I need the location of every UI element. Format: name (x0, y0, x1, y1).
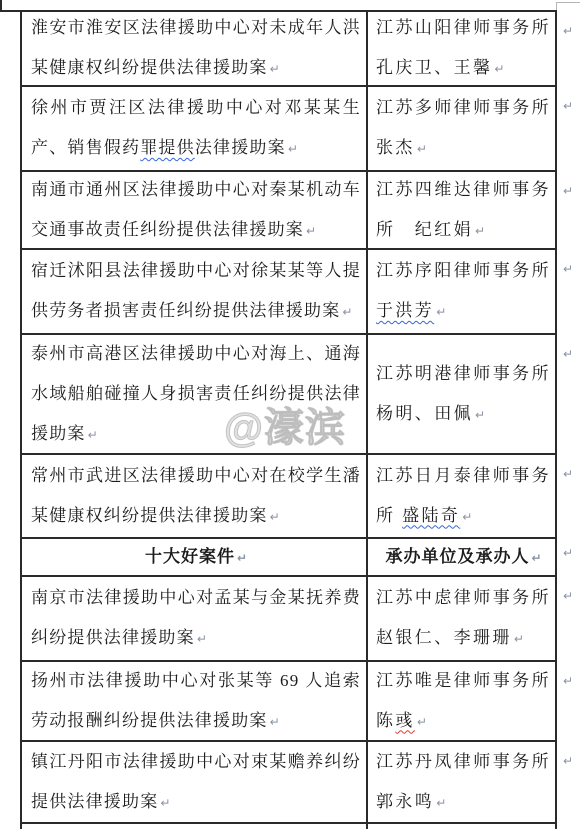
row-end-mark: ↵ (563, 184, 573, 198)
handler-text-line: 张杰↵ (376, 128, 551, 169)
case-cell (22, 824, 368, 829)
row-end-mark: ↵ (563, 347, 573, 361)
handler-text-line: 江苏山阳律师事务所 (376, 8, 551, 48)
handler-cell: 江苏唯是律师事务所 陈彧↵ (368, 662, 555, 740)
handler-cell: 江苏山阳律师事务所 孔庆卫、王馨↵ (368, 12, 555, 85)
handler-text-line: 杨明、田佩↵ (376, 394, 551, 435)
paragraph-mark: ↵ (531, 541, 541, 575)
case-cell: 淮安市淮安区法律援助中心对未成年人洪 某健康权纠纷提供法律援助案↵ (22, 12, 368, 85)
handler-text-line: 赵银仁、李珊珊↵ (376, 618, 551, 659)
table-border-left-extension (0, 10, 21, 12)
handler-text-line: 江苏明港律师事务所 (376, 354, 551, 394)
handler-cell: 江苏日月泰律师事务 所 盛陆奇↵ (368, 455, 555, 537)
paragraph-mark: ↵ (475, 211, 485, 251)
paragraph-mark: ↵ (436, 783, 446, 823)
paragraph-mark: ↵ (417, 129, 427, 169)
paragraph-mark: ↵ (88, 415, 98, 455)
case-text-line: 南京市法律援助中心对孟某与金某抚养费 (31, 578, 361, 618)
case-text-line: 镇江丹阳市法律援助中心对束某赡养纠纷 (31, 742, 361, 782)
spellcheck-squiggle-red: 彧 (395, 711, 414, 730)
case-text-line: 产、销售假药罪提供法律援助案↵ (31, 128, 361, 169)
handler-text-line: 于洪芳↵ (376, 291, 551, 332)
handler-text-line: 江苏丹凤律师事务所 (376, 742, 551, 782)
paragraph-mark: ↵ (270, 49, 280, 89)
case-text-line: 宿迁沭阳县法律援助中心对徐某某等人提 (31, 251, 361, 291)
table-row: 南京市法律援助中心对孟某与金某抚养费 纠纷提供法律援助案↵ 江苏中虑律师事务所 … (22, 577, 555, 662)
table-row: 扬州市法律援助中心对张某等 69 人追索 劳动报酬纠纷提供法律援助案↵ 江苏唯是… (22, 662, 555, 742)
row-end-mark: ↵ (563, 589, 573, 603)
paragraph-mark: ↵ (514, 619, 524, 659)
case-text-line: 交通事故责任纠纷提供法律援助案↵ (31, 210, 361, 251)
table-row: 淮安市淮安区法律援助中心对未成年人洪 某健康权纠纷提供法律援助案↵ 江苏山阳律师… (22, 12, 555, 87)
table-row: 泰州市高港区法律援助中心对海上、通海 水域船舶碰撞人身损害责任纠纷提供法律 援助… (22, 335, 555, 455)
handler-cell: 江苏丹凤律师事务所 郭永鸣↵ (368, 742, 555, 822)
row-end-mark: ↵ (563, 24, 573, 38)
case-text-line: 某健康权纠纷提供法律援助案↵ (31, 48, 361, 89)
case-text-line: 淮安市淮安区法律援助中心对未成年人洪 (31, 8, 361, 48)
paragraph-mark: ↵ (237, 541, 247, 575)
case-text-line: 常州市武进区法律援助中心对在校学生潘 (31, 456, 361, 496)
handler-cell: 江苏明港律师事务所 杨明、田佩↵ (368, 335, 555, 453)
paragraph-mark: ↵ (288, 129, 298, 169)
case-text-line: 水域船舶碰撞人身损害责任纠纷提供法律 (31, 374, 361, 414)
paragraph-mark: ↵ (342, 292, 352, 332)
paragraph-mark: ↵ (270, 497, 280, 537)
case-cell: 泰州市高港区法律援助中心对海上、通海 水域船舶碰撞人身损害责任纠纷提供法律 援助… (22, 335, 368, 453)
header-handler-label: 承办单位及承办人 (385, 547, 529, 566)
table-row: 南通市通州区法律援助中心对秦某机动车 交通事故责任纠纷提供法律援助案↵ 江苏四维… (22, 172, 555, 250)
case-cell: 扬州市法律援助中心对张某等 69 人追索 劳动报酬纠纷提供法律援助案↵ (22, 662, 368, 740)
handler-text-line: 江苏唯是律师事务所 (376, 661, 551, 701)
case-cell: 常州市武进区法律援助中心对在校学生潘 某健康权纠纷提供法律援助案↵ (22, 455, 368, 537)
spellcheck-squiggle-blue: 罪提供 (140, 138, 195, 157)
row-end-mark: ↵ (563, 674, 573, 688)
handler-cell (368, 824, 555, 829)
paragraph-mark: ↵ (160, 783, 170, 823)
legal-aid-cases-table: 淮安市淮安区法律援助中心对未成年人洪 某健康权纠纷提供法律援助案↵ 江苏山阳律师… (20, 10, 557, 829)
paragraph-mark: ↵ (436, 292, 446, 332)
case-text-line: 提供法律援助案↵ (31, 782, 361, 823)
row-end-mark: ↵ (563, 262, 573, 276)
row-end-mark: ↵ (563, 467, 573, 481)
case-text-line: 徐州市贾汪区法律援助中心对邓某某生 (31, 88, 361, 128)
handler-text-line: 所 盛陆奇↵ (376, 496, 551, 537)
document-page: 淮安市淮安区法律援助中心对未成年人洪 某健康权纠纷提供法律援助案↵ 江苏山阳律师… (0, 0, 580, 829)
case-cell: 镇江丹阳市法律援助中心对束某赡养纠纷 提供法律援助案↵ (22, 742, 368, 822)
text-boundary-line-horizontal (556, 2, 580, 3)
table-row: 常州市武进区法律援助中心对在校学生潘 某健康权纠纷提供法律援助案↵ 江苏日月泰律… (22, 455, 555, 539)
handler-text-line: 所 纪红娟↵ (376, 210, 551, 251)
handler-text-line: 江苏日月泰律师事务 (376, 456, 551, 496)
case-cell: 南通市通州区法律援助中心对秦某机动车 交通事故责任纠纷提供法律援助案↵ (22, 172, 368, 248)
case-cell: 宿迁沭阳县法律援助中心对徐某某等人提 供劳务者损害责任纠纷提供法律援助案↵ (22, 250, 368, 333)
case-text-line: 纠纷提供法律援助案↵ (31, 618, 361, 659)
handler-text-line: 江苏四维达律师事务 (376, 170, 551, 210)
case-cell: 徐州市贾汪区法律援助中心对邓某某生 产、销售假药罪提供法律援助案↵ (22, 87, 368, 170)
case-text-line: 供劳务者损害责任纠纷提供法律援助案↵ (31, 291, 361, 332)
handler-text-line: 郭永鸣↵ (376, 782, 551, 823)
paragraph-mark: ↵ (197, 619, 207, 659)
handler-text-line: 孔庆卫、王馨↵ (376, 48, 551, 89)
row-end-mark: ↵ (563, 754, 573, 768)
case-text-line: 某健康权纠纷提供法律援助案↵ (31, 496, 361, 537)
header-case-col: 十大好案件↵ (22, 539, 368, 575)
handler-cell: 江苏中虑律师事务所 赵银仁、李珊珊↵ (368, 577, 555, 660)
case-text-line: 劳动报酬纠纷提供法律援助案↵ (31, 701, 361, 742)
spellcheck-squiggle-blue: 盛陆奇 (402, 506, 460, 525)
handler-text-line: 陈彧↵ (376, 701, 551, 742)
paragraph-mark: ↵ (494, 49, 504, 89)
handler-cell: 江苏多师律师事务所 张杰↵ (368, 87, 555, 170)
handler-text-line: 江苏中虑律师事务所 (376, 578, 551, 618)
handler-cell: 江苏四维达律师事务 所 纪红娟↵ (368, 172, 555, 248)
case-text-line: 援助案↵ (31, 414, 361, 455)
table-row: 镇江丹阳市法律援助中心对束某赡养纠纷 提供法律援助案↵ 江苏丹凤律师事务所 郭永… (22, 742, 555, 824)
paragraph-mark: ↵ (475, 395, 485, 435)
case-cell: 南京市法律援助中心对孟某与金某抚养费 纠纷提供法律援助案↵ (22, 577, 368, 660)
section-header-row: 十大好案件↵ 承办单位及承办人↵ ↵ (22, 539, 555, 577)
handler-text-line: 江苏多师律师事务所 (376, 88, 551, 128)
table-row: 徐州市贾汪区法律援助中心对邓某某生 产、销售假药罪提供法律援助案↵ 江苏多师律师… (22, 87, 555, 172)
spellcheck-squiggle-blue: 于洪芳 (376, 301, 434, 320)
row-end-mark: ↵ (563, 99, 573, 113)
case-text-line: 泰州市高港区法律援助中心对海上、通海 (31, 334, 361, 374)
case-text-line: 扬州市法律援助中心对张某等 69 人追索 (31, 661, 361, 701)
paragraph-mark: ↵ (417, 702, 427, 742)
paragraph-mark: ↵ (306, 211, 316, 251)
header-case-label: 十大好案件 (145, 547, 235, 566)
table-row: 宿迁沭阳县法律援助中心对徐某某等人提 供劳务者损害责任纠纷提供法律援助案↵ 江苏… (22, 250, 555, 335)
case-text-line: 南通市通州区法律援助中心对秦某机动车 (31, 170, 361, 210)
handler-cell: 江苏序阳律师事务所 于洪芳↵ (368, 250, 555, 333)
table-row-cutoff (22, 824, 555, 829)
paragraph-mark: ↵ (270, 702, 280, 742)
header-handler-col: 承办单位及承办人↵ (368, 539, 555, 575)
handler-text-line: 江苏序阳律师事务所 (376, 251, 551, 291)
paragraph-mark: ↵ (462, 497, 472, 537)
row-end-mark: ↵ (563, 546, 573, 560)
